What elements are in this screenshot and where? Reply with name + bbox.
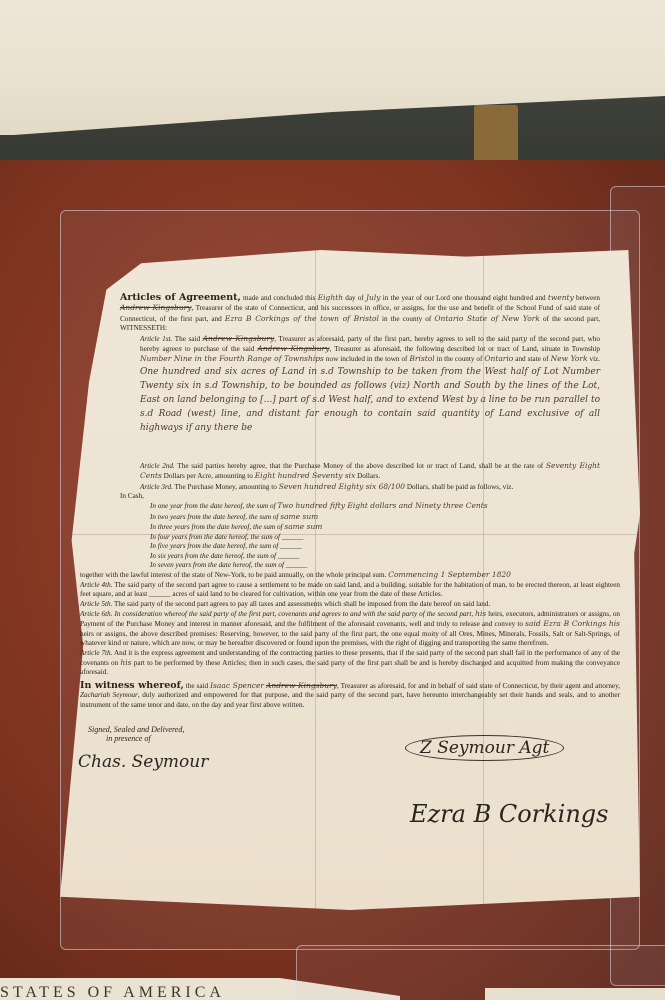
payment-schedule: In one year from the date hereof, the su…: [120, 501, 600, 570]
interest-clause: together with the lawful interest of the…: [80, 570, 600, 580]
intro-paragraph: Articles of Agreement, made and conclude…: [120, 285, 600, 334]
article-2: Article 2nd. The said parties hereby agr…: [120, 461, 600, 482]
article-1: Article 1st. The said Andrew Kingsbury, …: [120, 334, 600, 435]
agent-signature: Z Seymour Agt: [405, 735, 564, 761]
photo-scene: Articles of Agreement, made and conclude…: [0, 0, 665, 1000]
buyer-signature: Ezra B Corkings: [410, 800, 608, 828]
article-6: Article 6th. In consideration whereof th…: [60, 609, 620, 649]
payment-row: In six years from the date hereof, the s…: [150, 552, 600, 561]
payment-row: In four years from the date hereof, the …: [150, 533, 600, 542]
in-cash-label: In Cash,: [120, 492, 600, 501]
adjacent-document-text: STATES OF AMERICA: [0, 984, 225, 1000]
article-5: Article 5th. The said party of the secon…: [60, 600, 620, 609]
payment-row: In three years from the date hereof, the…: [150, 522, 600, 532]
signed-sealed-label: Signed, Sealed and Delivered, in presenc…: [88, 725, 184, 743]
witness-signature: Chas. Seymour: [78, 752, 208, 772]
payment-row: In two years from the date hereof, the s…: [150, 512, 600, 522]
payment-row: In one year from the date hereof, the su…: [150, 501, 600, 511]
document-title: Articles of Agreement,: [120, 292, 241, 303]
article-7: Article 7th. And it is the express agree…: [60, 649, 620, 678]
payment-row: In seven years from the date hereof, the…: [150, 561, 600, 570]
land-description-handwritten: One hundred and six acres of Land in s.d…: [140, 367, 600, 433]
article-4: Article 4th. The said party of the secon…: [60, 581, 620, 600]
article-3: Article 3rd. The Purchase Money, amounti…: [120, 482, 600, 492]
document-text: Articles of Agreement, made and conclude…: [120, 285, 600, 710]
adjacent-document-right: [485, 988, 665, 1000]
payment-row: In five years from the date hereof, the …: [150, 542, 600, 551]
witness-clause: In witness whereof, the said Isaac Spenc…: [60, 681, 620, 710]
